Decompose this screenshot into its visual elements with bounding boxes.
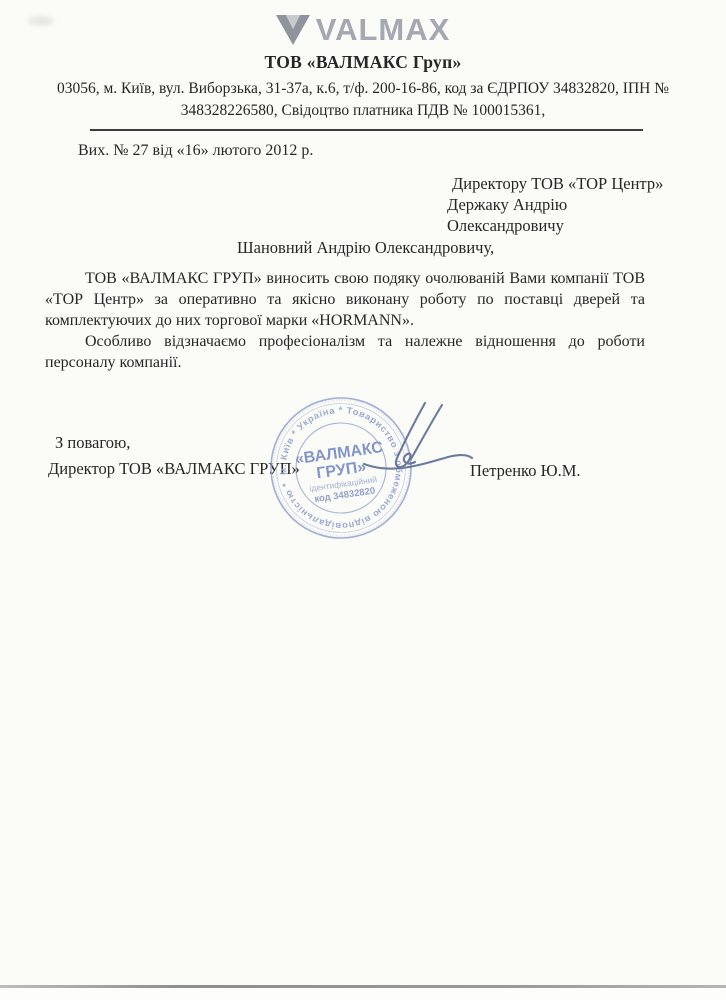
body-paragraph-1: ТОВ «ВАЛМАКС ГРУП» виносить свою подяку …: [45, 268, 645, 331]
recipient-line2: Держаку Андрію Олександровичу: [447, 194, 672, 236]
company-name: ТОВ «ВАЛМАКС Груп»: [0, 52, 726, 73]
body-paragraph-2: Особливо відзначаємо професіоналізм та н…: [45, 331, 645, 373]
signer-name: Петренко Ю.М.: [470, 461, 581, 481]
company-address-line2: 348328226580, Свідоцтво платника ПДВ № 1…: [0, 100, 726, 122]
company-address: 03056, м. Київ, вул. Виборзька, 31-37а, …: [0, 78, 726, 122]
header-divider: [90, 129, 643, 131]
recipient-line1: Директору ТОВ «ТОР Центр»: [447, 173, 672, 194]
closing-phrase: З повагою,: [55, 433, 130, 453]
scan-edge-below: [0, 988, 726, 1000]
letter-body: ТОВ «ВАЛМАКС ГРУП» виносить свою подяку …: [45, 268, 645, 373]
valmax-logo: VALMAX: [0, 12, 726, 48]
outgoing-reference: Вих. № 27 від «16» лютого 2012 р.: [78, 142, 313, 160]
salutation: Шановний Андрію Олександровичу,: [237, 238, 494, 258]
valmax-logo-text: VALMAX: [316, 12, 451, 48]
scanned-letter-page: VALMAX ТОВ «ВАЛМАКС Груп» 03056, м. Київ…: [0, 0, 726, 1000]
valmax-monogram-icon: [276, 15, 310, 45]
handwritten-signature: [348, 400, 476, 482]
company-address-line1: 03056, м. Київ, вул. Виборзька, 31-37а, …: [0, 78, 726, 100]
recipient-block: Директору ТОВ «ТОР Центр» Держаку Андрію…: [447, 173, 672, 236]
